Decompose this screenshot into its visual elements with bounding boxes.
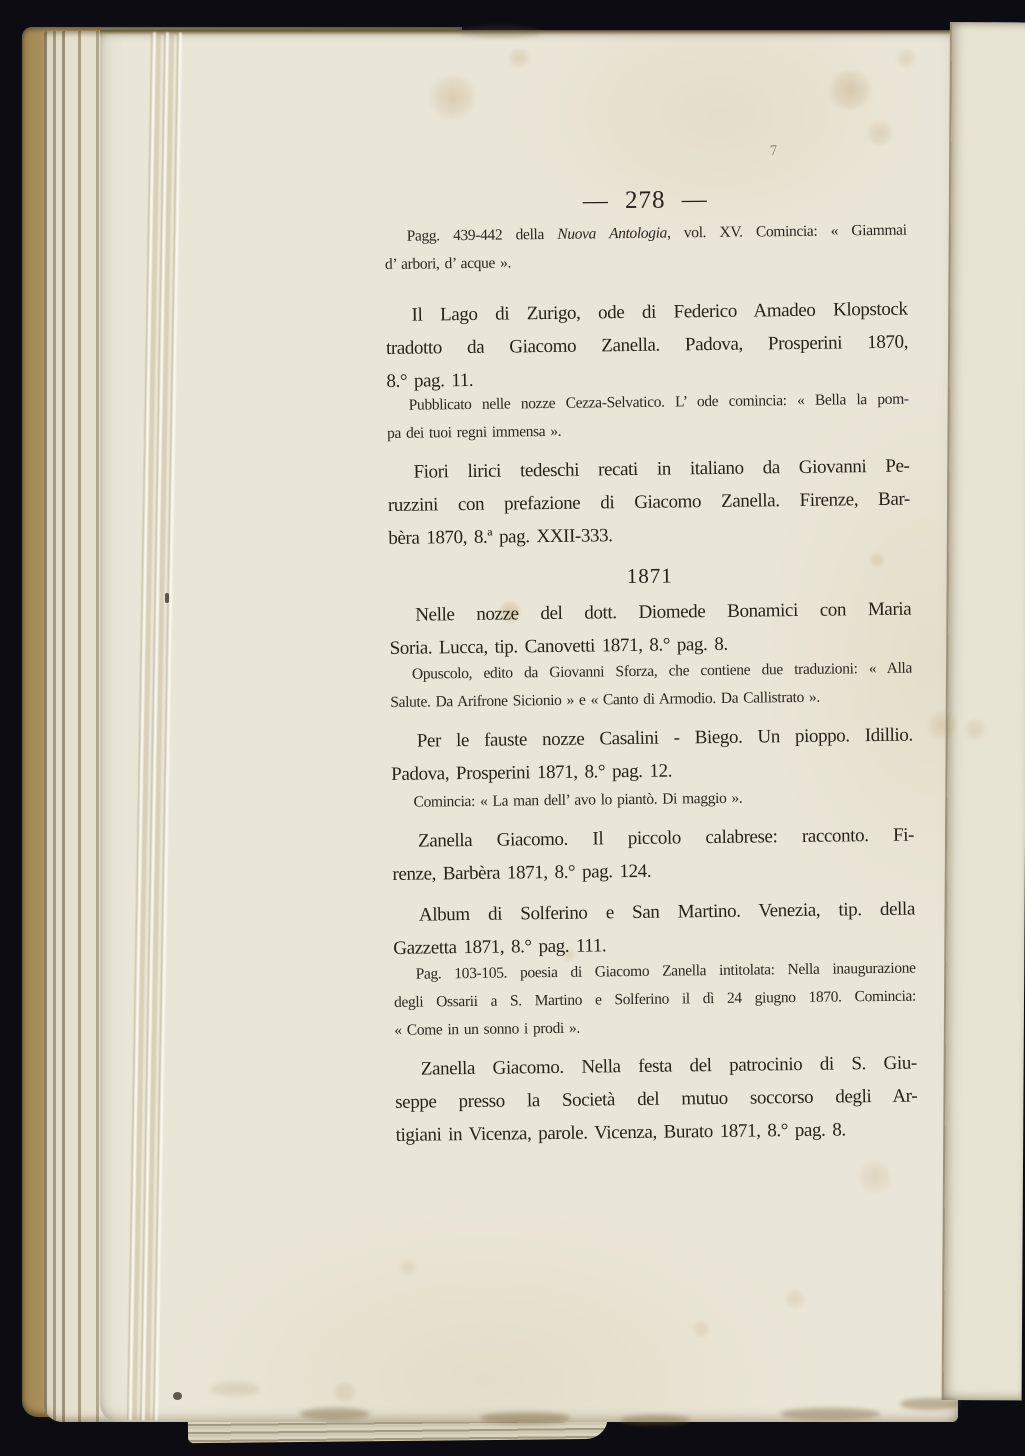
entry-album-note: Pag. 103-105. poesia di Giacomo Zanella … [394,955,917,1045]
entry-casalini-note: Comincia: « La man dell’ avo lo piantò. … [391,783,913,817]
text-line: renze, Barbèra 1871, 8.° pag. 124. [392,852,914,891]
entry-patrocinio-s-giuseppe: Zanella Giacomo. Nella festa del patroci… [395,1047,918,1152]
entry-fiori-lirici: Fiori lirici tedeschi recati in italiano… [387,450,910,555]
text-line: Album di Solferino e San Martino. Venezi… [393,893,915,932]
page-number: — 278 — [384,183,906,221]
printed-text-block: — 278 — Pagg. 439-442 della Nuova Antolo… [384,177,918,1152]
text-line: Salute. Da Arifrone Sicionio » e « Canto… [390,683,912,717]
text-line: « Come in un sonno i prodi ». [394,1011,916,1045]
text-line: Per le fauste nozze Casalini - Biego. Un… [391,719,913,758]
entry-nozze-bonamici: Nelle nozze del dott. Diomede Bonamici c… [389,593,912,665]
text-line: tradotto da Giacomo Zanella. Padova, Pro… [386,326,908,365]
text-line: d’ arbori, d’ acque ». [385,245,907,279]
ink-speck [165,593,169,603]
text-line: pa dei tuoi regni immensa ». [387,414,909,448]
text-line: ruzzini con prefazione di Giacomo Zanell… [388,483,910,522]
ink-speck [173,1392,182,1400]
faint-show-through-mark: 7 [769,143,778,161]
text-line: Comincia: « La man dell’ avo lo piantò. … [391,783,913,817]
entry-album-solferino: Album di Solferino e San Martino. Venezi… [393,893,916,965]
entry-casalini-biego: Per le fauste nozze Casalini - Biego. Un… [391,719,914,791]
text-line: Nelle nozze del dott. Diomede Bonamici c… [389,593,911,632]
text-line: tigiani in Vicenza, parole. Vicenza, Bur… [395,1113,917,1152]
entry-piccolo-calabrese: Zanella Giacomo. Il piccolo calabrese: r… [392,819,915,891]
entry-bonamici-note: Opuscolo, edito da Giovanni Sforza, che … [390,655,913,717]
entry-lago-note: Pubblicato nelle nozze Cezza-Selvatico. … [387,386,910,448]
year-heading: 1871 [389,559,911,593]
text-line: Zanella Giacomo. Il piccolo calabrese: r… [392,819,914,858]
text-line: bèra 1870, 8.ª pag. XXII-333. [388,516,910,555]
facing-page-edge [942,22,1025,1400]
entry-lago-di-zurigo: Il Lago di Zurigo, ode di Federico Amade… [385,293,908,398]
entry-nuova-antologia-note: Pagg. 439-442 della Nuova Antologia, vol… [384,217,907,279]
